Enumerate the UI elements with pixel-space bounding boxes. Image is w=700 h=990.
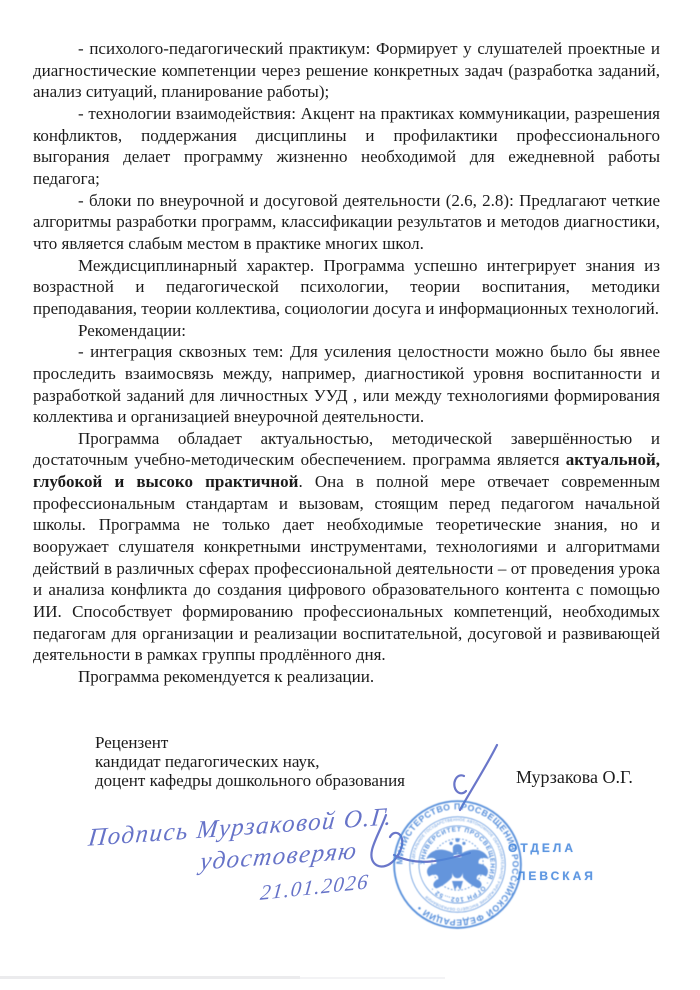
paragraph-interdisciplinary: Междисциплинарный характер. Программа ус… (33, 255, 660, 320)
paragraph-assessment: Программа обладает актуальностью, методи… (33, 428, 660, 666)
double-eagle-emblem (426, 838, 488, 890)
reviewer-degree: кандидат педагогических наук, (95, 752, 320, 772)
assessment-post: . Она в полной мере отвечает современным… (33, 472, 660, 664)
stamp-side-text-2: ЛЕВСКАЯ (517, 869, 596, 883)
reviewer-label: Рецензент (95, 733, 168, 753)
paragraph-recommendations-heading: Рекомендации: (33, 320, 660, 342)
review-body: - психолого-педагогический практикум: Фо… (33, 38, 660, 688)
stamp-side-text-1: ОТДЕЛА (508, 841, 576, 855)
official-stamp: МИНИСТЕРСТВО ПРОСВЕЩЕНИЯ РОССИЙСКОЙ ФЕДЕ… (384, 791, 531, 938)
document-page: - психолого-педагогический практикум: Фо… (0, 0, 700, 990)
paragraph-conclusion: Программа рекомендуется к реализации. (33, 666, 660, 688)
paragraph-integration: - интеграция сквозных тем: Для усиления … (33, 341, 660, 428)
paragraph-interaction-tech: - технологии взаимодействия: Акцент на п… (33, 103, 660, 190)
paragraph-practicum: - психолого-педагогический практикум: Фо… (33, 38, 660, 103)
scan-artifact-line (0, 976, 300, 979)
scan-artifact-line-light (300, 977, 445, 979)
paragraph-activity-blocks: - блоки по внеурочной и досуговой деятел… (33, 190, 660, 255)
